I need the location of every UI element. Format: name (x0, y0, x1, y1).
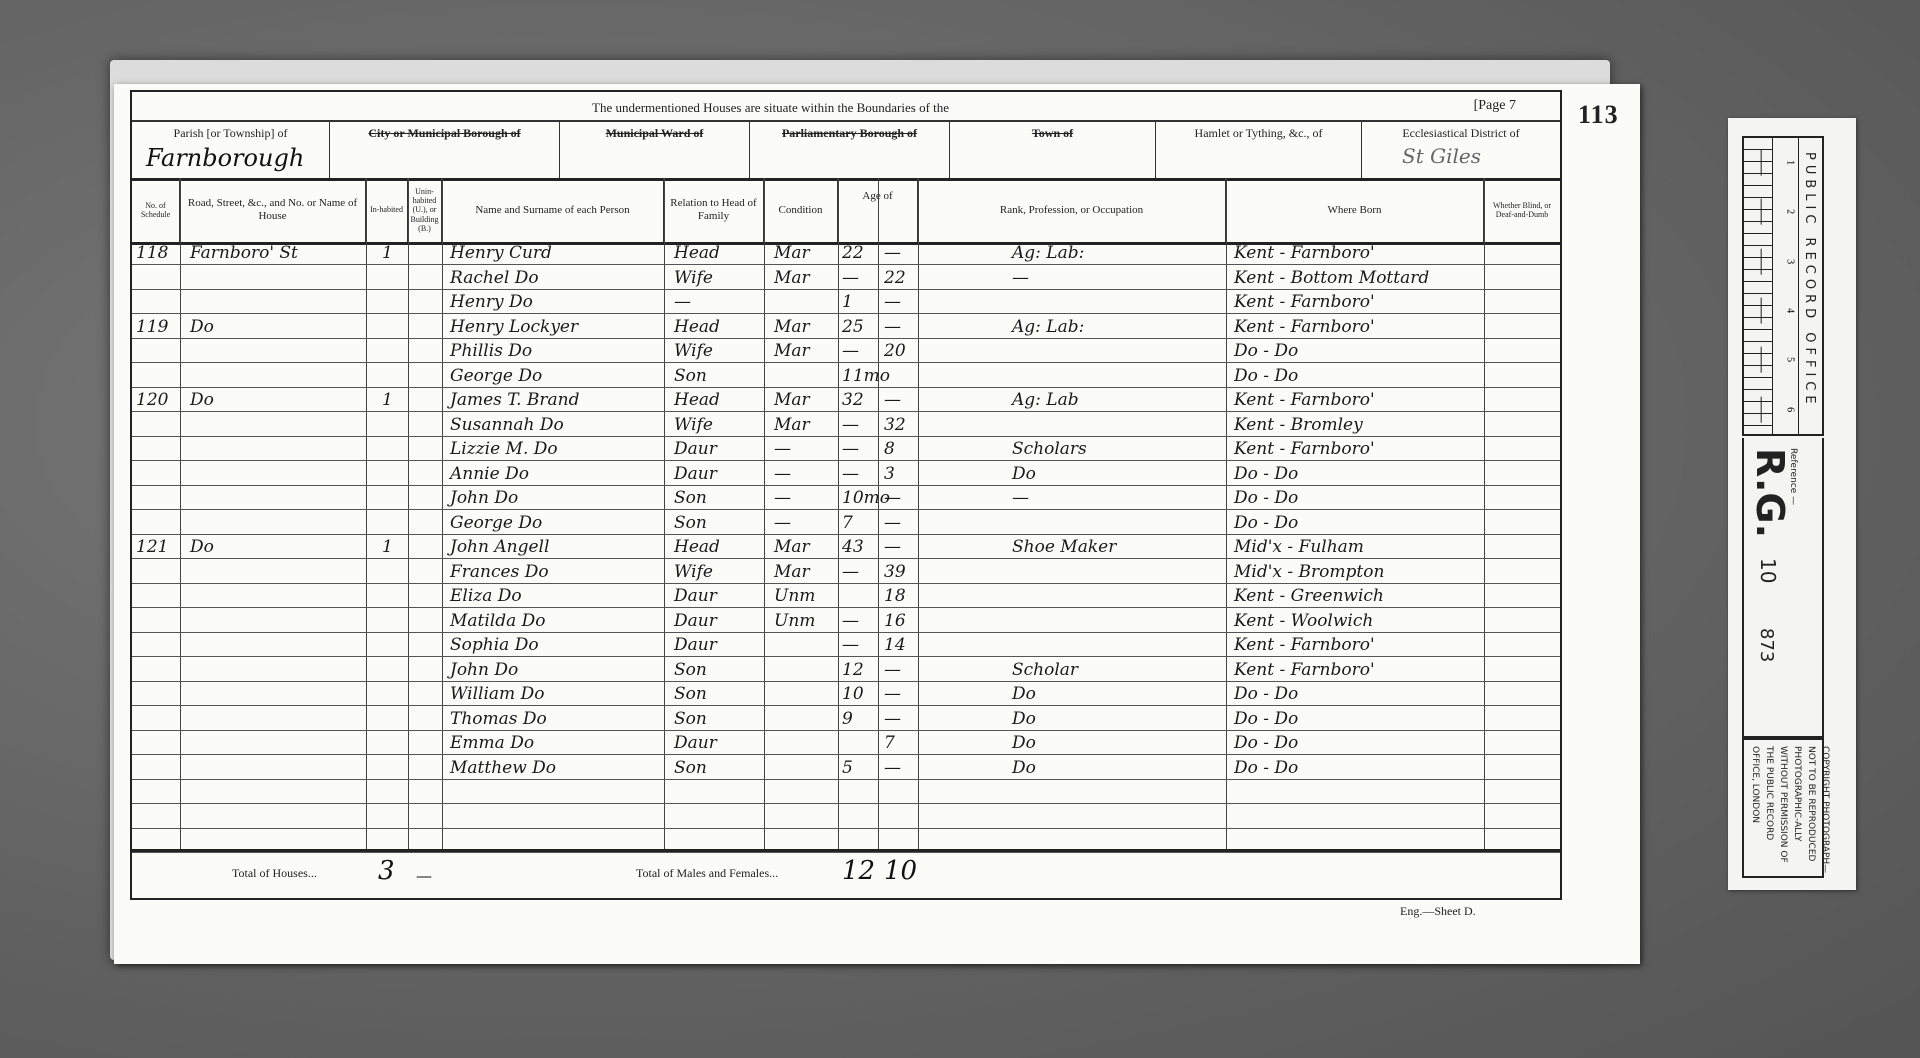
row-condition: Mar (774, 316, 810, 338)
table-row (132, 781, 1560, 804)
row-age-male: — (842, 463, 859, 485)
row-name: Henry Do (450, 291, 533, 313)
row-age-male: 12 (842, 659, 864, 681)
row-name: Eliza Do (450, 585, 522, 607)
row-where-born: Kent - Farnboro' (1234, 316, 1375, 338)
row-occupation: — (1012, 487, 1029, 509)
row-age-female: 18 (884, 585, 906, 607)
ruler-numbers: 1 2 3 4 5 6 (1772, 138, 1799, 434)
row-age-female: — (884, 708, 901, 730)
row-where-born: Kent - Bottom Mottard (1234, 267, 1429, 289)
total-houses-label: Total of Houses... (232, 866, 317, 881)
row-relation: Son (674, 683, 707, 705)
row-inhabited: 1 (382, 242, 393, 264)
table-row: 121Do1John AngellHeadMar43—Shoe MakerMid… (132, 536, 1560, 559)
row-condition: — (774, 512, 791, 534)
row-road: Do (190, 389, 214, 411)
row-relation: Wife (674, 267, 713, 289)
row-name: John Do (450, 487, 518, 509)
row-where-born: Do - Do (1234, 340, 1298, 362)
row-where-born: Do - Do (1234, 512, 1298, 534)
row-condition: — (774, 463, 791, 485)
row-relation: Head (674, 316, 720, 338)
row-age-male: 1 (842, 291, 853, 313)
form-header: The undermentioned Houses are situate wi… (132, 92, 1560, 122)
row-road: Do (190, 316, 214, 338)
table-row: Henry Do—1—Kent - Farnboro' (132, 291, 1560, 314)
district-ecclesiastical: Ecclesiastical District of St Giles (1362, 120, 1560, 178)
row-name: Annie Do (450, 463, 529, 485)
row-occupation: Ag: Lab: (1012, 316, 1084, 338)
copyright-box: COPYRIGHT PHOTOGRAPH—NOT TO BE REPRODUCE… (1742, 738, 1824, 878)
row-age-female: — (884, 683, 901, 705)
row-age-male: 5 (842, 757, 853, 779)
row-where-born: Kent - Farnboro' (1234, 634, 1375, 656)
row-age-female: — (884, 291, 901, 313)
row-relation: Daur (674, 610, 717, 632)
row-relation: Head (674, 536, 720, 558)
row-occupation: Ag: Lab: (1012, 242, 1084, 264)
row-condition: — (774, 487, 791, 509)
row-where-born: Mid'x - Fulham (1234, 536, 1364, 558)
row-where-born: Kent - Farnboro' (1234, 291, 1375, 313)
row-age-female: 8 (884, 438, 895, 460)
table-row: Matilda DoDaurUnm—16Kent - Woolwich (132, 610, 1560, 633)
col-relation: Relation to Head of Family (664, 178, 764, 242)
table-row: Rachel DoWifeMar—22—Kent - Bottom Mottar… (132, 267, 1560, 290)
row-occupation: Do (1012, 708, 1036, 730)
row-condition: Mar (774, 414, 810, 436)
row-name: Matilda Do (450, 610, 546, 632)
row-relation: Daur (674, 463, 717, 485)
table-row: 118Farnboro' St1Henry CurdHeadMar22—Ag: … (132, 242, 1560, 265)
row-relation: Son (674, 487, 707, 509)
row-where-born: Do - Do (1234, 757, 1298, 779)
col-blind-deaf: Whether Blind, or Deaf-and-Dumb (1484, 178, 1560, 242)
row-age-male: — (842, 340, 859, 362)
row-condition: Mar (774, 389, 810, 411)
district-parish: Parish [or Township] of Farnborough (132, 120, 330, 178)
row-condition: Mar (774, 340, 810, 362)
row-condition: — (774, 438, 791, 460)
district-town: Town of (950, 120, 1156, 178)
row-age-female: 3 (884, 463, 895, 485)
row-relation: Son (674, 659, 707, 681)
total-houses-inhabited: 3 (378, 856, 395, 886)
row-schedule: 121 (136, 536, 168, 558)
row-relation: Wife (674, 561, 713, 583)
row-occupation: Shoe Maker (1012, 536, 1116, 558)
row-age-female: — (884, 757, 901, 779)
row-where-born: Do - Do (1234, 683, 1298, 705)
row-where-born: Do - Do (1234, 732, 1298, 754)
row-road: Farnboro' St (190, 242, 298, 264)
row-age-female: 20 (884, 340, 906, 362)
district-hamlet: Hamlet or Tything, &c., of (1156, 120, 1362, 178)
row-where-born: Do - Do (1234, 487, 1298, 509)
row-occupation: Ag: Lab (1012, 389, 1079, 411)
row-age-female: — (884, 389, 901, 411)
total-houses-uninhabited: — (416, 866, 432, 885)
row-road: Do (190, 536, 214, 558)
row-condition: Unm (774, 610, 815, 632)
table-row: John DoSon—10mo——Do - Do (132, 487, 1560, 510)
col-condition: Condition (764, 178, 838, 242)
row-relation: Daur (674, 585, 717, 607)
table-row (132, 806, 1560, 829)
row-condition: Mar (774, 267, 810, 289)
row-where-born: Kent - Bromley (1234, 414, 1363, 436)
row-age-male: — (842, 438, 859, 460)
table-row: Matthew DoSon5—DoDo - Do (132, 757, 1560, 780)
district-municipal-ward: Municipal Ward of (560, 120, 750, 178)
row-relation: Son (674, 708, 707, 730)
reference-box: Reference — R.G. 10 873 (1742, 438, 1824, 738)
copyright-notice: COPYRIGHT PHOTOGRAPH—NOT TO BE REPRODUCE… (1748, 746, 1832, 874)
row-age-female: 7 (884, 732, 895, 754)
col-name: Name and Surname of each Person (442, 178, 664, 242)
sheet-mark: Eng.—Sheet D. (1400, 904, 1476, 919)
totals-row: Total of Houses... 3 — Total of Males an… (132, 849, 1560, 898)
row-age-male: 25 (842, 316, 864, 338)
district-parliamentary-borough: Parliamentary Borough of (750, 120, 950, 178)
row-name: Thomas Do (450, 708, 547, 730)
row-age-female: — (884, 659, 901, 681)
row-occupation: Scholar (1012, 659, 1078, 681)
row-age-female: 22 (884, 267, 906, 289)
col-uninhabited: Unin-habited (U.), or Building (B.) (408, 178, 442, 242)
ruler-scale (1744, 138, 1773, 434)
row-relation: Wife (674, 340, 713, 362)
row-occupation: Do (1012, 757, 1036, 779)
row-name: John Angell (450, 536, 549, 558)
intro-text: The undermentioned Houses are situate wi… (592, 100, 949, 116)
row-age-male: 7 (842, 512, 853, 534)
row-age-female: 14 (884, 634, 906, 656)
table-row: 119DoHenry LockyerHeadMar25—Ag: Lab:Kent… (132, 316, 1560, 339)
table-row: Eliza DoDaurUnm18Kent - Greenwich (132, 585, 1560, 608)
row-name: Phillis Do (450, 340, 532, 362)
row-inhabited: 1 (382, 536, 393, 558)
row-schedule: 119 (136, 316, 168, 338)
row-age-male: — (842, 267, 859, 289)
row-where-born: Kent - Greenwich (1234, 585, 1384, 607)
row-condition: Mar (774, 536, 810, 558)
table-row: 120Do1James T. BrandHeadMar32—Ag: LabKen… (132, 389, 1560, 412)
series-code: R.G. (1748, 448, 1792, 538)
row-name: Lizzie M. Do (450, 438, 558, 460)
table-row: Frances DoWifeMar—39Mid'x - Brompton (132, 561, 1560, 584)
row-name: Rachel Do (450, 267, 539, 289)
col-where-born: Where Born (1226, 178, 1484, 242)
row-name: William Do (450, 683, 544, 705)
row-where-born: Mid'x - Brompton (1234, 561, 1384, 583)
row-name: Susannah Do (450, 414, 564, 436)
row-name: George Do (450, 365, 542, 387)
row-age-male: 10mo (842, 487, 890, 509)
row-age-male: — (842, 610, 859, 632)
row-where-born: Do - Do (1234, 708, 1298, 730)
row-occupation: Do (1012, 683, 1036, 705)
row-occupation: Do (1012, 732, 1036, 754)
row-where-born: Kent - Farnboro' (1234, 242, 1375, 264)
total-persons-label: Total of Males and Females... (636, 866, 778, 881)
row-where-born: Do - Do (1234, 463, 1298, 485)
row-occupation: Do (1012, 463, 1036, 485)
table-row: Sophia DoDaur—14Kent - Farnboro' (132, 634, 1560, 657)
row-age-male: 43 (842, 536, 864, 558)
row-relation: Son (674, 365, 707, 387)
row-age-female: — (884, 316, 901, 338)
row-age-female: — (884, 536, 901, 558)
col-occupation: Rank, Profession, or Occupation (918, 178, 1226, 242)
row-age-male: — (842, 634, 859, 656)
row-age-male: 9 (842, 708, 853, 730)
row-where-born: Kent - Woolwich (1234, 610, 1373, 632)
table-row: Lizzie M. DoDaur——8ScholarsKent - Farnbo… (132, 438, 1560, 461)
class-number: 10 (1756, 558, 1780, 583)
row-inhabited: 1 (382, 389, 393, 411)
total-males: 12 (842, 856, 875, 886)
row-age-male: 11mo (842, 365, 890, 387)
col-road: Road, Street, &c., and No. or Name of Ho… (180, 178, 366, 242)
row-age-male: 10 (842, 683, 864, 705)
row-name: James T. Brand (450, 389, 580, 411)
row-relation: Wife (674, 414, 713, 436)
col-schedule: No. of Schedule (132, 178, 180, 242)
row-name: John Do (450, 659, 518, 681)
row-name: Henry Curd (450, 242, 552, 264)
row-relation: Daur (674, 634, 717, 656)
row-schedule: 120 (136, 389, 168, 411)
row-age-male: — (842, 561, 859, 583)
row-age-female: — (884, 487, 901, 509)
row-name: Matthew Do (450, 757, 556, 779)
row-name: Frances Do (450, 561, 549, 583)
table-row: John DoSon12—ScholarKent - Farnboro' (132, 659, 1560, 682)
row-condition: Mar (774, 242, 810, 264)
row-age-female: 32 (884, 414, 906, 436)
row-occupation: — (1012, 267, 1029, 289)
table-row: George DoSon11moDo - Do (132, 365, 1560, 388)
row-relation: Son (674, 512, 707, 534)
table-row: Phillis DoWifeMar—20Do - Do (132, 340, 1560, 363)
row-age-female: 16 (884, 610, 906, 632)
row-relation: Son (674, 757, 707, 779)
row-schedule: 118 (136, 242, 168, 264)
district-municipal-borough: City or Municipal Borough of (330, 120, 560, 178)
row-name: Emma Do (450, 732, 534, 754)
row-age-male: — (842, 414, 859, 436)
row-relation: Head (674, 389, 720, 411)
table-row: Emma DoDaur7DoDo - Do (132, 732, 1560, 755)
row-condition: Unm (774, 585, 815, 607)
table-row: Annie DoDaur——3DoDo - Do (132, 463, 1560, 486)
row-relation: — (674, 291, 691, 313)
row-occupation: Scholars (1012, 438, 1087, 460)
pro-header: PUBLIC RECORD OFFICE (1802, 152, 1817, 409)
row-name: George Do (450, 512, 542, 534)
row-age-male: 22 (842, 242, 864, 264)
piece-number: 873 (1756, 628, 1777, 662)
table-row: George DoSon—7—Do - Do (132, 512, 1560, 535)
table-row: Thomas DoSon9—DoDo - Do (132, 708, 1560, 731)
row-where-born: Kent - Farnboro' (1234, 659, 1375, 681)
row-name: Sophia Do (450, 634, 539, 656)
col-inhabited: In-habited (366, 178, 408, 242)
row-age-male: 32 (842, 389, 864, 411)
reference-card: 1 2 3 4 5 6 PUBLIC RECORD OFFICE Referen… (1728, 118, 1856, 890)
row-relation: Daur (674, 732, 717, 754)
row-condition: Mar (774, 561, 810, 583)
census-form: The undermentioned Houses are situate wi… (130, 90, 1562, 900)
row-relation: Head (674, 242, 720, 264)
row-where-born: Kent - Farnboro' (1234, 438, 1375, 460)
district-row: Parish [or Township] of Farnborough City… (132, 120, 1560, 181)
table-row: William DoSon10—DoDo - Do (132, 683, 1560, 706)
ruler: 1 2 3 4 5 6 PUBLIC RECORD OFFICE (1742, 136, 1824, 436)
table-row: Susannah DoWifeMar—32Kent - Bromley (132, 414, 1560, 437)
row-name: Henry Lockyer (450, 316, 578, 338)
row-age-female: 39 (884, 561, 906, 583)
folio-number: 113 (1578, 100, 1619, 130)
row-where-born: Kent - Farnboro' (1234, 389, 1375, 411)
row-relation: Daur (674, 438, 717, 460)
row-where-born: Do - Do (1234, 365, 1298, 387)
total-females: 10 (884, 856, 917, 886)
row-age-female: — (884, 512, 901, 534)
column-headers: No. of Schedule Road, Street, &c., and N… (132, 178, 1560, 245)
row-age-female: — (884, 242, 901, 264)
page-label: [Page 7 (1474, 98, 1516, 114)
